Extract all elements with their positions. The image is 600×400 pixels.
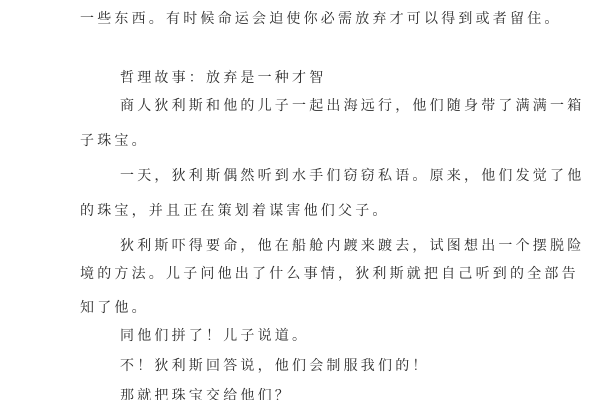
text-line: 商人狄利斯和他的儿子一起出海远行，他们随身带了满满一箱 xyxy=(120,98,584,114)
text-line: 同他们拼了！儿子说道。 xyxy=(120,328,309,344)
text-line: 知了他。 xyxy=(80,300,149,316)
text-line: 一些东西。有时候命运会迫使你必需放弃才可以得到或者留住。 xyxy=(80,11,562,27)
text-line: 子珠宝。 xyxy=(80,133,149,149)
text-line: 的珠宝，并且正在策划着谋害他们父子。 xyxy=(80,203,390,219)
document-page: 一些东西。有时候命运会迫使你必需放弃才可以得到或者留住。哲理故事：放弃是一种才智… xyxy=(0,0,600,400)
text-line: 狄利斯吓得要命，他在船舱内踱来踱去，试图想出一个摆脱险 xyxy=(120,238,584,254)
text-line: 不！狄利斯回答说，他们会制服我们的！ xyxy=(120,358,430,374)
text-line: 哲理故事：放弃是一种才智 xyxy=(120,70,326,86)
text-line: 境的方法。儿子问他出了什么事情，狄利斯就把自己听到的全部告 xyxy=(80,266,579,282)
text-line: 一天，狄利斯偶然听到水手们窃窃私语。原来，他们发觉了他 xyxy=(120,168,584,184)
text-line: 那就把珠宝交给他们？ xyxy=(120,388,292,400)
